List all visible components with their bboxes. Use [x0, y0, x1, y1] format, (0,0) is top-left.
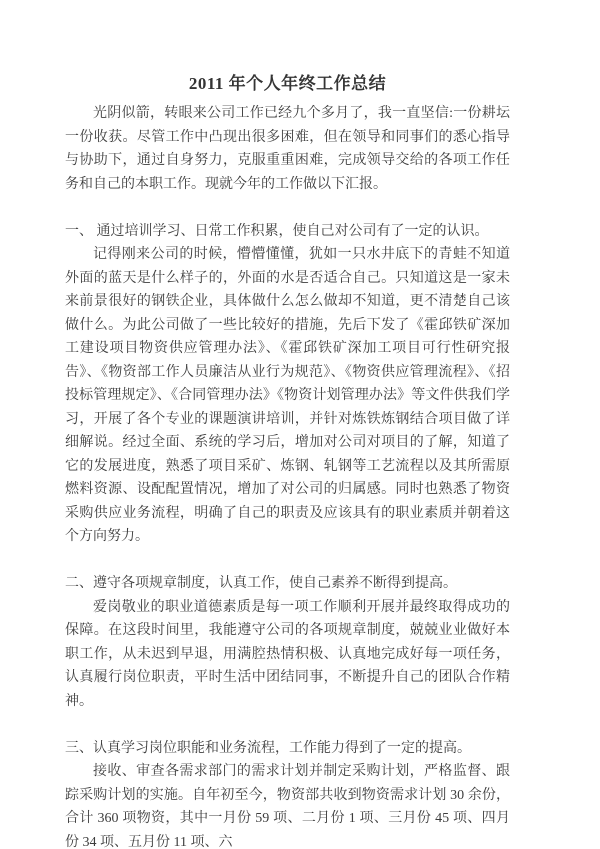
section-heading-3: 三、认真学习岗位职能和业务流程，工作能力得到了一定的提高。	[65, 737, 510, 761]
section-heading-1: 一、 通过培训学习、日常工作积累，使自己对公司有了一定的认识。	[65, 220, 510, 244]
paragraph-section-1: 记得刚来公司的时候，懵懵懂懂，犹如一只水井底下的青蛙不知道外面的蓝天是什么样子的…	[65, 243, 510, 549]
paragraph-section-3: 接收、审查各需求部门的需求计划并制定采购计划，严格监督、跟踪采购计划的实施。自年…	[65, 760, 510, 849]
section-heading-2: 二、遵守各项规章制度，认真工作，使自己素养不断得到提高。	[65, 572, 510, 596]
document-page: 2011 年个人年终工作总结 光阴似箭，转眼来公司工作已经九个多月了，我一直坚信…	[0, 0, 600, 849]
document-title: 2011 年个人年终工作总结	[65, 72, 510, 96]
document-body: 光阴似箭，转眼来公司工作已经九个多月了，我一直坚信:一份耕坛一份收获。尽管工作中…	[65, 102, 510, 849]
paragraph-section-2: 爱岗敬业的职业道德素质是每一项工作顺利开展并最终取得成功的保障。在这段时间里，我…	[65, 596, 510, 714]
paragraph-intro: 光阴似箭，转眼来公司工作已经九个多月了，我一直坚信:一份耕坛一份收获。尽管工作中…	[65, 102, 510, 196]
